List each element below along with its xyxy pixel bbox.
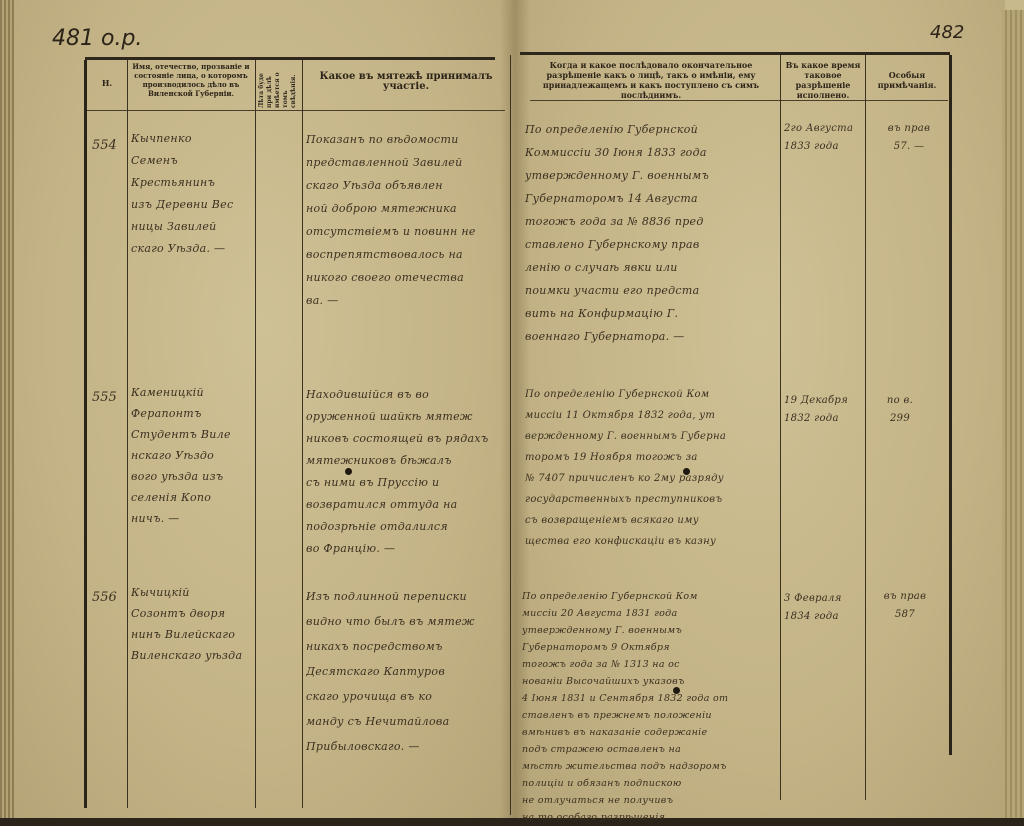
entry-executed-date: 19 Декабря 1832 года: [784, 392, 864, 428]
col-divider-number: [127, 60, 128, 808]
entry-name: Кычпенко Семенъ Крестьянинъ изъ Деревни …: [131, 128, 253, 260]
bottom-edge: [0, 818, 1024, 826]
entry-executed-date: 3 Февраля 1834 года: [784, 590, 864, 626]
header-decision: Когда и какое послѣдовало окончательное …: [525, 60, 777, 100]
entry-number: 555: [92, 390, 117, 405]
header-number: Н.: [90, 78, 124, 88]
right-page-edges: [1002, 10, 1024, 820]
header-bottom-rule-right: [530, 100, 948, 101]
table-top-rule-left: [85, 57, 495, 60]
header-participation: Какое въ мятежѣ принималъ участіе.: [306, 72, 506, 92]
entry-decision: По определенію Губернской Коммиссіи 30 І…: [525, 118, 779, 348]
folio-number-right: 482: [930, 22, 964, 43]
header-executed: Въ какое время таковое разрѣшеніе исполн…: [782, 60, 864, 100]
entry-name: Каменицкій Ферапонтъ Студентъ Виле нскаг…: [131, 382, 253, 529]
folio-number-left: 481 о.р.: [52, 26, 142, 51]
entry-participation: Показанъ по вѣдомости представленной Зав…: [306, 128, 508, 312]
col-divider-executed: [865, 55, 866, 800]
entry-name: Кычицкій Созонтъ дворя нинъ Вилейскаго В…: [131, 582, 253, 666]
col-divider-participation: [510, 55, 511, 815]
table-top-rule-right: [520, 52, 950, 55]
table-left-border: [84, 60, 87, 808]
binding-hole: [345, 468, 352, 475]
entry-number: 554: [92, 138, 117, 153]
left-page-edges: [0, 0, 14, 826]
col-divider-name: [255, 60, 256, 808]
header-case-info: Лѣта буде при дѣлѣ имѣется о томъ свѣдѣн…: [258, 62, 300, 108]
entry-executed-date: 2го Августа 1833 года: [784, 120, 864, 156]
entry-decision: По определенію Губернской Ком миссіи 20 …: [522, 588, 780, 826]
entry-notes: въ прав 57. —: [870, 120, 948, 156]
table-right-border: [949, 55, 952, 755]
entry-participation: Находившійся въ во оруженной шайкѣ мятеж…: [306, 384, 508, 560]
header-bottom-rule-left: [85, 110, 505, 111]
entry-notes: въ прав 587: [870, 588, 940, 624]
col-divider-case: [302, 60, 303, 808]
col-divider-decision: [780, 55, 781, 800]
book-spread: 481 о.р. 482 Н. Имя, отечество, прозвані…: [0, 0, 1024, 826]
binding-hole: [673, 687, 680, 694]
entry-number: 556: [92, 590, 117, 605]
binding-hole: [683, 468, 690, 475]
entry-participation: Изъ подлинной переписки видно что былъ в…: [306, 584, 508, 759]
header-notes: Особыя примѣчанія.: [867, 70, 947, 90]
header-name: Имя, отечество, прозваніе и состояніе ли…: [129, 62, 253, 98]
entry-notes: по в. 299: [870, 392, 930, 428]
entry-decision: По определенію Губернской Ком миссіи 11 …: [525, 384, 779, 552]
